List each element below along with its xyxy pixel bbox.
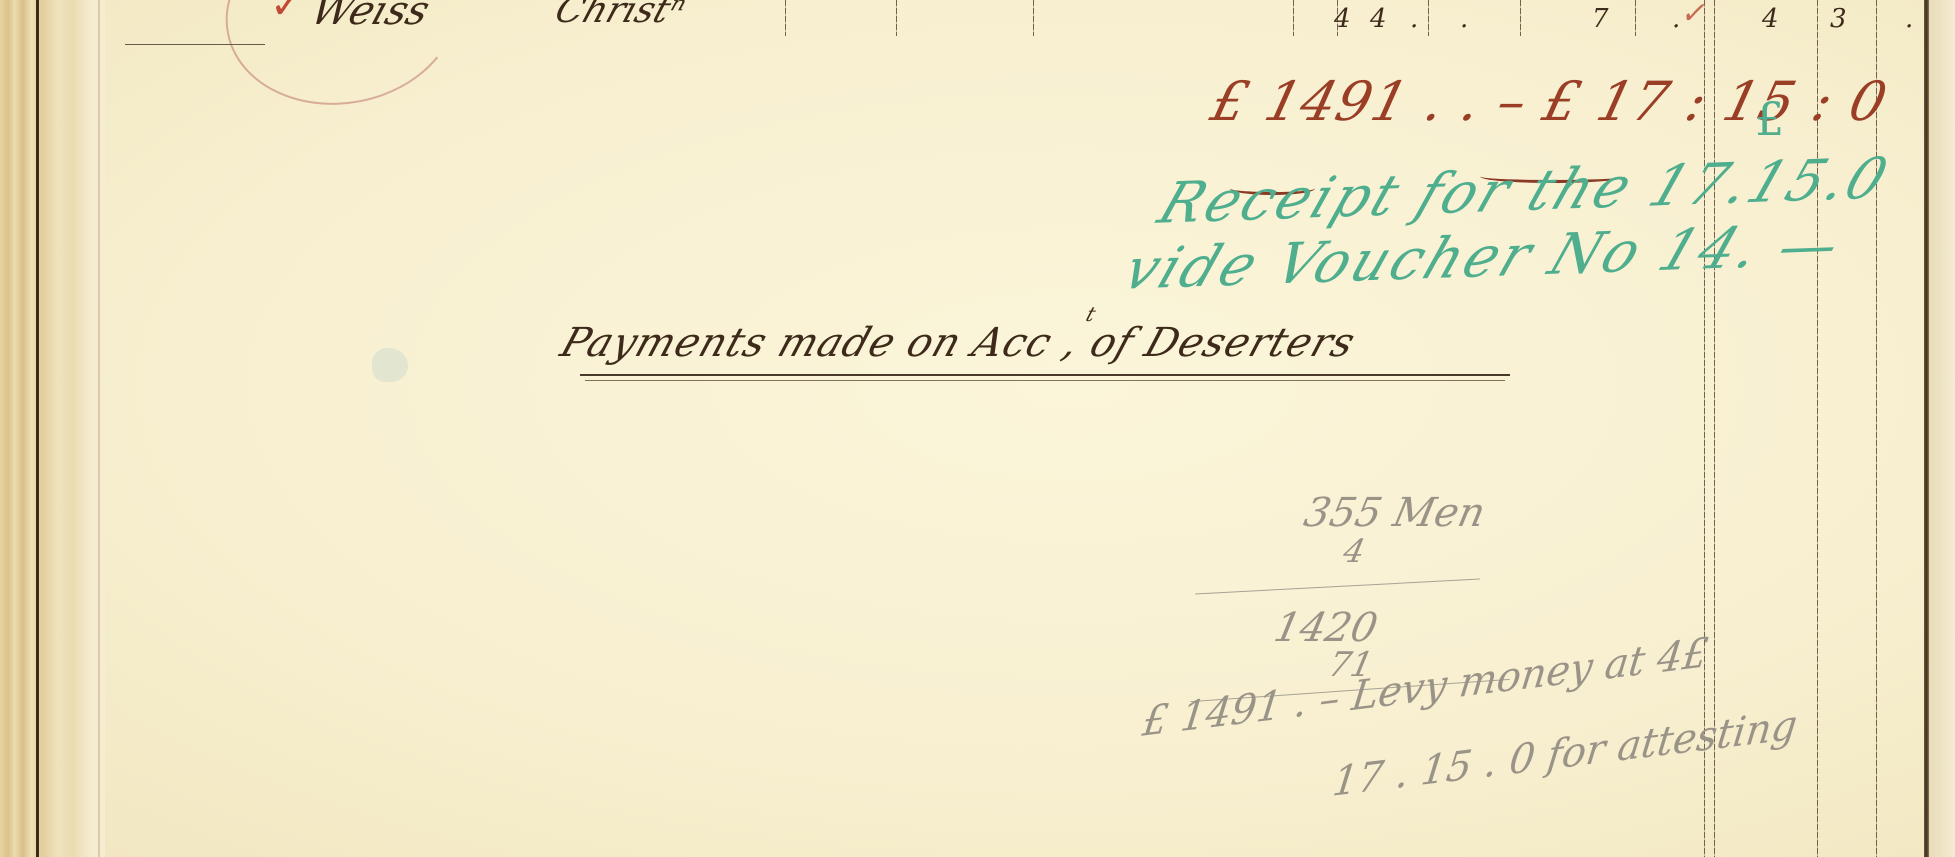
entry-given-name: Christⁿ	[550, 0, 690, 31]
ruled-column-line	[785, 0, 786, 36]
binding-edge-line	[36, 0, 39, 857]
pencil-line-men: 355 Men	[1300, 490, 1489, 536]
ruled-column-line	[1293, 0, 1294, 36]
page-fold-line	[98, 0, 100, 857]
entry-figure: .	[1460, 4, 1468, 34]
entry-figure: .	[1410, 4, 1418, 34]
row-rule	[125, 44, 265, 45]
ink-stain	[372, 348, 408, 382]
pencil-rule	[1195, 579, 1480, 595]
red-total-entry: £ 1491 . . – £ 17 : 15 : 0	[1205, 70, 1894, 133]
check-mark-icon: ✓	[270, 0, 304, 28]
ruled-column-line	[1033, 0, 1034, 36]
book-binding-gutter	[0, 0, 105, 857]
entry-figure: .	[1905, 4, 1913, 34]
entry-surname: Weiss	[305, 0, 435, 34]
ruled-column-line	[1520, 0, 1521, 36]
ruled-column-line	[896, 0, 897, 36]
entry-figure: 4	[1370, 4, 1387, 34]
next-page-sliver	[1929, 0, 1955, 857]
ledger-page: ✓ Weiss Christⁿ 4 4 . . 7 . ✓ 4 3 . £ 14…	[0, 0, 1955, 857]
section-heading: Payments made on Acc , of Deserters	[555, 320, 1361, 366]
ruled-column-line	[1428, 0, 1429, 36]
red-check-icon: ✓	[1680, 0, 1705, 31]
entry-figure: 4	[1762, 4, 1779, 34]
pencil-line-multiplier: 4	[1340, 532, 1368, 570]
entry-figure: 3	[1830, 4, 1847, 34]
pencil-line-attesting: 17 . 15 . 0 for attesting	[1330, 702, 1800, 806]
heading-underline	[580, 374, 1510, 376]
green-pound-sign: £	[1755, 92, 1784, 146]
entry-figure: 7	[1592, 4, 1609, 34]
ruled-column-line	[1635, 0, 1636, 36]
heading-underline	[585, 380, 1505, 381]
entry-figure: 4	[1334, 4, 1351, 34]
